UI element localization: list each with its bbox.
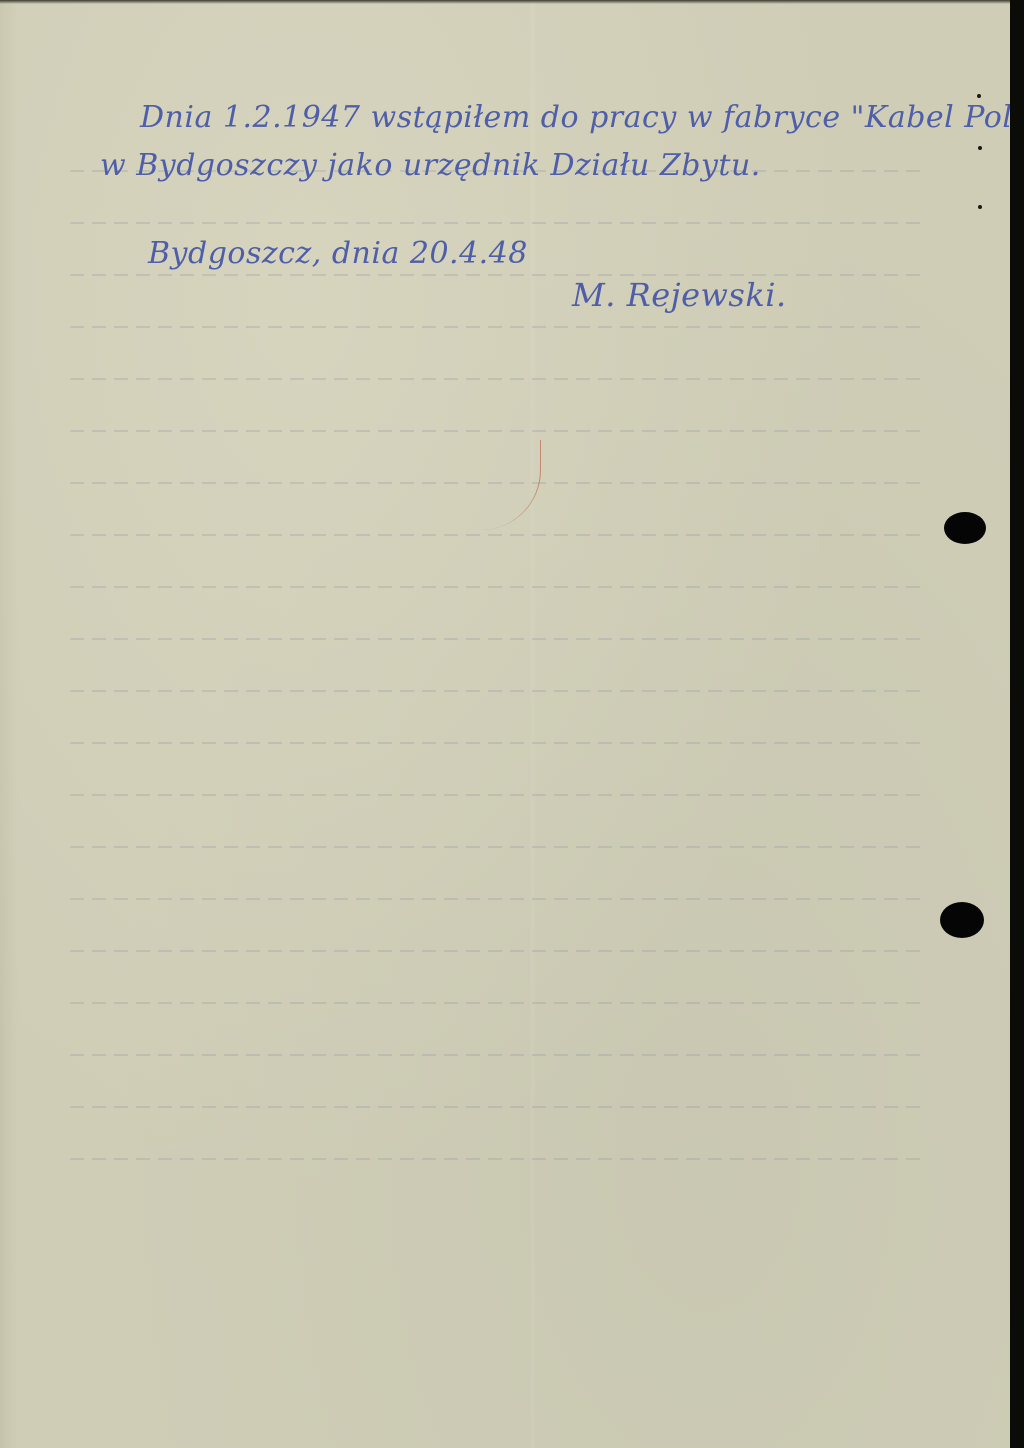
punch-hole-icon (944, 512, 986, 544)
margin-speck (978, 146, 982, 150)
signature: M. Rejewski. (572, 276, 787, 314)
page-top-edge (0, 0, 1024, 4)
handwritten-line-2: w Bydgoszczy jako urzędnik Działu Zbytu. (100, 148, 761, 183)
place-and-date: Bydgoszcz, dnia 20.4.48 (148, 236, 528, 271)
document-page: Dnia 1.2.1947 wstąpiłem do pracy w fabry… (0, 0, 1010, 1448)
bleed-through-text (70, 170, 920, 1290)
margin-speck (978, 205, 982, 209)
margin-speck (977, 94, 981, 98)
scan-border-right (1010, 0, 1024, 1448)
handwritten-line-1: Dnia 1.2.1947 wstąpiłem do pracy w fabry… (140, 100, 1024, 135)
punch-hole-icon (940, 902, 984, 938)
